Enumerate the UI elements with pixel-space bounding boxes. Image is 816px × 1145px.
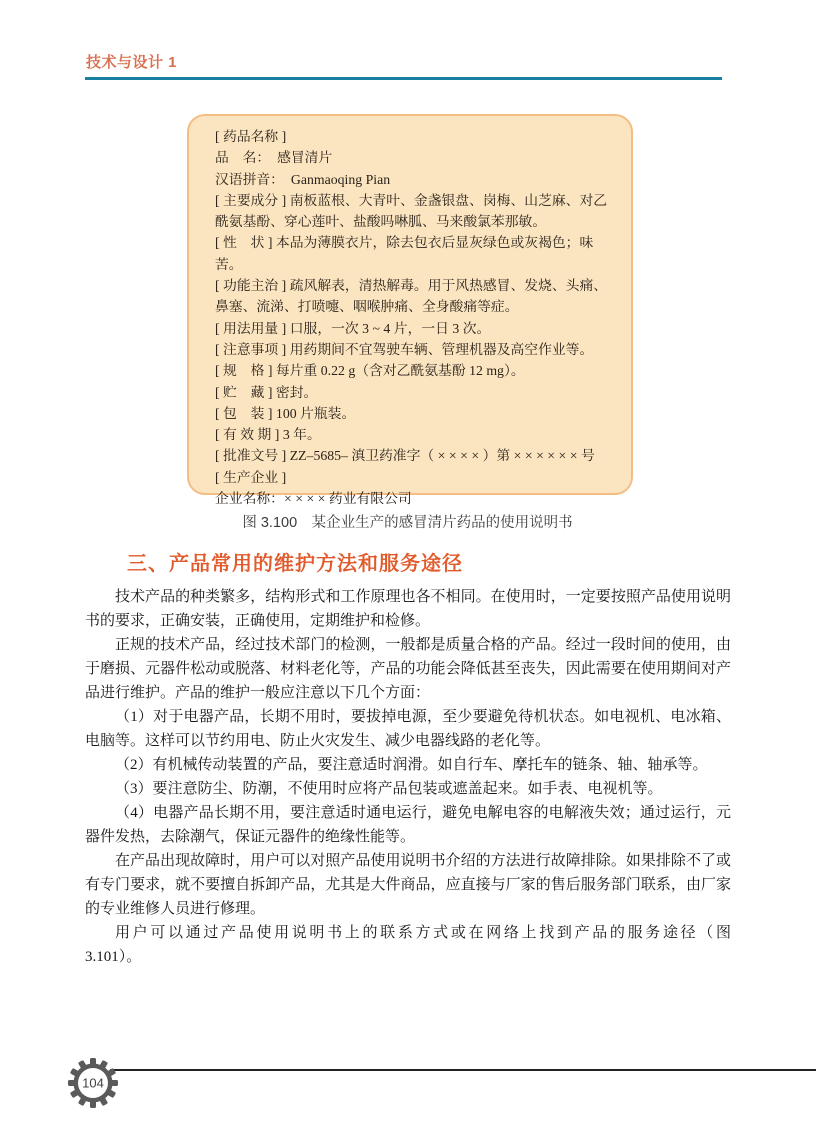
med-line-drug-name-label: [ 药品名称 ] [215, 126, 618, 147]
header-rule [85, 77, 722, 80]
textbook-page: 技术与设计 1 [ 药品名称 ] 品 名： 感冒清片 汉语拼音： Ganmaoq… [0, 0, 816, 1145]
paragraph-item-2: （2）有机械传动装置的产品，要注意适时润滑。如自行车、摩托车的链条、轴、轴承等。 [85, 753, 731, 777]
med-line-approval-number: [ 批准文号 ] ZZ–5685– 滇卫药准字（ × × × × ）第 × × … [215, 445, 618, 466]
paragraph-intro: 技术产品的种类繁多，结构形式和工作原理也各不相同。在使用时，一定要按照产品使用说… [85, 585, 731, 633]
page-number: 104 [82, 1076, 104, 1091]
med-line-ingredients: [ 主要成分 ] 南板蓝根、大青叶、金盏银盘、岗梅、山芝麻、对乙酰氨基酚、穿心莲… [215, 190, 618, 233]
med-line-manufacturer-label: [ 生产企业 ] [215, 467, 618, 488]
med-line-product-name: 品 名： 感冒清片 [215, 147, 618, 168]
page-number-gear-icon: 104 [66, 1056, 120, 1110]
med-line-packaging: [ 包 装 ] 100 片瓶装。 [215, 403, 618, 424]
body-text: 技术产品的种类繁多，结构形式和工作原理也各不相同。在使用时，一定要按照产品使用说… [85, 585, 731, 969]
paragraph-item-4: （4）电器产品长期不用，要注意适时通电运行，避免电解电容的电解液失效；通过运行，… [85, 801, 731, 849]
paragraph-maintenance-overview: 正规的技术产品，经过技术部门的检测，一般都是质量合格的产品。经过一段时间的使用，… [85, 633, 731, 705]
med-line-precautions: [ 注意事项 ] 用药期间不宜驾驶车辆、管理机器及高空作业等。 [215, 339, 618, 360]
med-line-storage: [ 贮 藏 ] 密封。 [215, 382, 618, 403]
med-line-indications: [ 功能主治 ] 疏风解表，清热解毒。用于风热感冒、发烧、头痛、鼻塞、流涕、打喷… [215, 275, 618, 318]
figure-caption: 图 3.100 某企业生产的感冒清片药品的使用说明书 [85, 511, 730, 532]
section-heading: 三、产品常用的维护方法和服务途径 [127, 547, 463, 576]
paragraph-troubleshooting: 在产品出现故障时，用户可以对照产品使用说明书介绍的方法进行故障排除。如果排除不了… [85, 849, 731, 921]
med-line-specification: [ 规 格 ] 每片重 0.22 g（含对乙酰氨基酚 12 mg）。 [215, 360, 618, 381]
paragraph-service-channels-line1: 用户可以通过产品使用说明书上的联系方式或在网络上找到产品的服务途径（图 [85, 921, 731, 945]
paragraph-service-channels-line2: 3.101）。 [85, 945, 731, 969]
paragraph-item-3: （3）要注意防尘、防潮，不使用时应将产品包装或遮盖起来。如手表、电视机等。 [85, 777, 731, 801]
med-line-validity: [ 有 效 期 ] 3 年。 [215, 424, 618, 445]
med-line-dosage: [ 用法用量 ] 口服，一次 3 ~ 4 片，一日 3 次。 [215, 318, 618, 339]
med-line-pinyin: 汉语拼音： Ganmaoqing Pian [215, 169, 618, 190]
header-title: 技术与设计 1 [86, 51, 177, 72]
medicine-instruction-box: [ 药品名称 ] 品 名： 感冒清片 汉语拼音： Ganmaoqing Pian… [187, 114, 633, 495]
footer-rule [110, 1069, 816, 1071]
med-line-company-name: 企业名称：× × × × 药业有限公司 [215, 488, 618, 509]
med-line-properties: [ 性 状 ] 本品为薄膜衣片，除去包衣后显灰绿色或灰褐色；味苦。 [215, 232, 618, 275]
paragraph-item-1: （1）对于电器产品，长期不用时，要拔掉电源，至少要避免待机状态。如电视机、电冰箱… [85, 705, 731, 753]
